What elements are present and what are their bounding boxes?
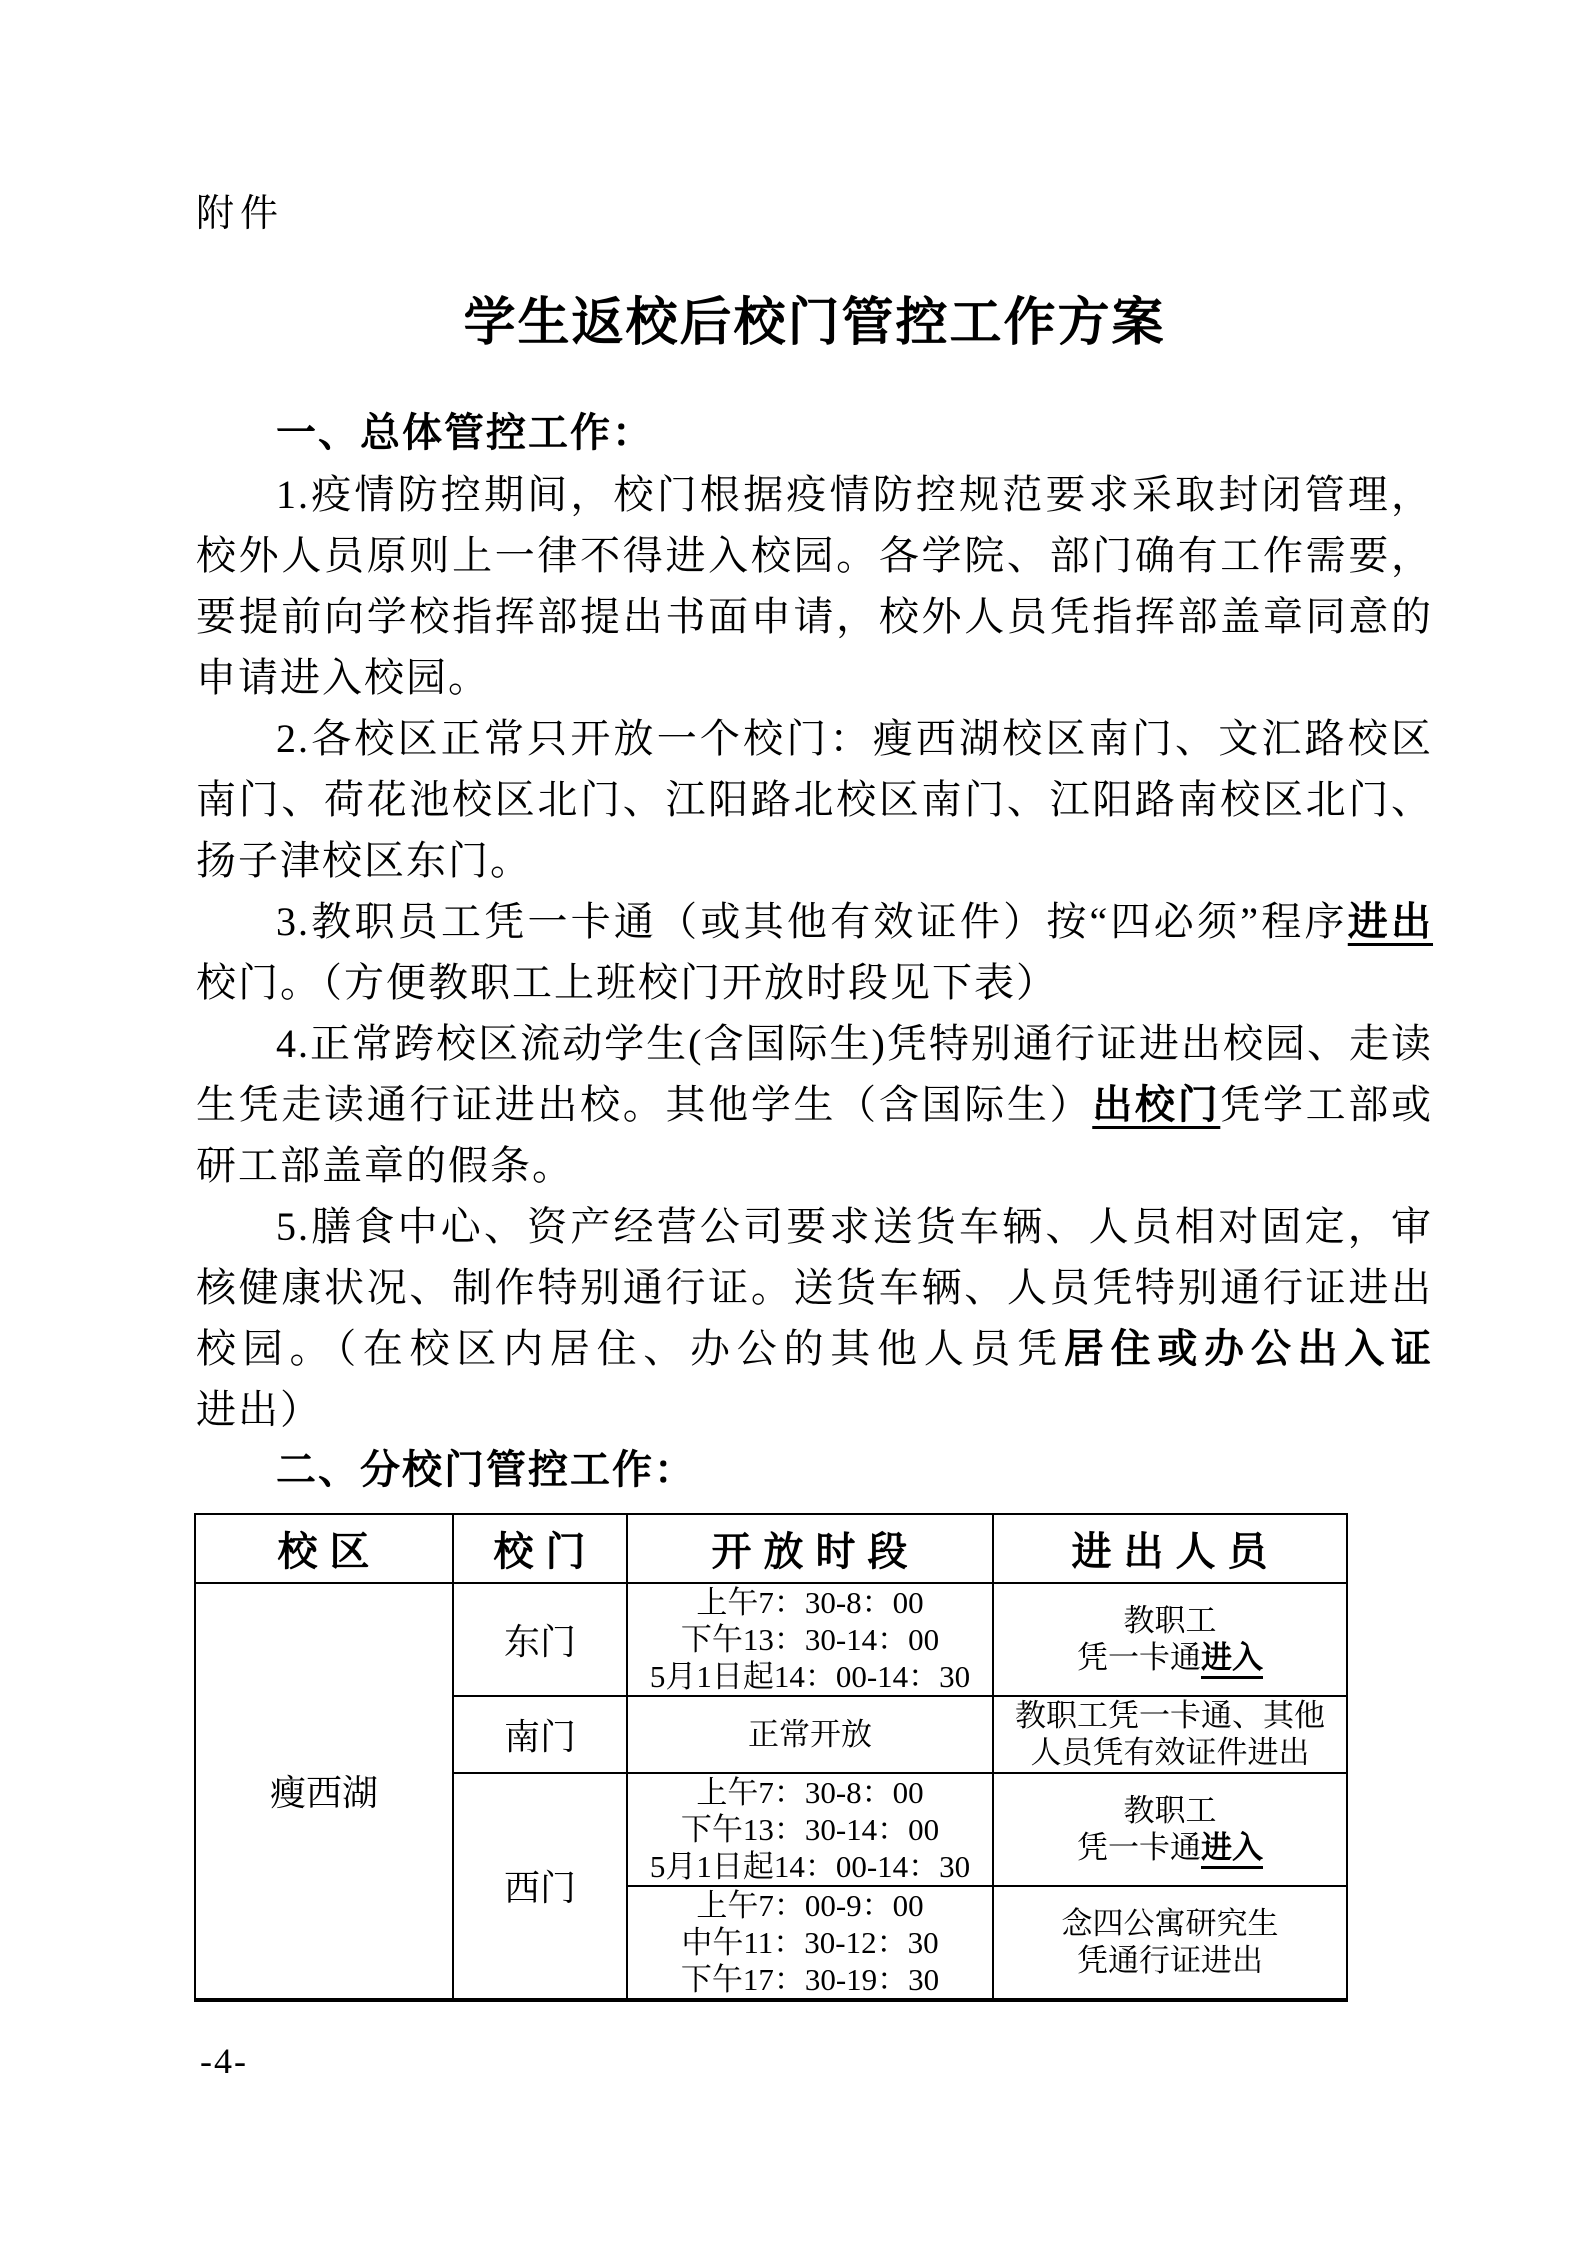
paragraph-5: 5.膳食中心、资产经营公司要求送货车辆、人员相对固定，审核健康状况、制作特别通行…: [196, 1196, 1433, 1440]
persons-east-line2-text: 凭一卡通: [1077, 1640, 1201, 1675]
persons-west1-line2: 凭一卡通进入: [1002, 1829, 1338, 1866]
gate-control-table: 校 区 校 门 开 放 时 段 进 出 人 员 瘦西湖 东门 上午7：30-8：…: [194, 1513, 1348, 2002]
table-row-east-gate: 瘦西湖 东门 上午7：30-8：00 下午13：30-14：00 5月1日起14…: [195, 1583, 1347, 1696]
cell-persons-east: 教职工凭一卡通进入: [993, 1583, 1347, 1696]
header-persons: 进 出 人 员: [993, 1514, 1347, 1583]
persons-west1-line1: 教职工: [1002, 1792, 1338, 1829]
cell-persons-south: 教职工凭一卡通、其他人员凭有效证件进出: [993, 1696, 1347, 1773]
document-title: 学生返校后校门管控工作方案: [196, 280, 1433, 355]
paragraph-1: 1.疫情防控期间，校门根据疫情防控规范要求采取封闭管理，校外人员原则上一律不得进…: [196, 464, 1433, 708]
paragraph-4: 4.正常跨校区流动学生(含国际生)凭特别通行证进出校园、走读生凭走读通行证进出校…: [196, 1013, 1433, 1196]
persons-south-text: 教职工凭一卡通、其他人员凭有效证件进出: [1002, 1697, 1338, 1771]
cell-gate-south: 南门: [453, 1696, 627, 1773]
header-gate: 校 门: [453, 1514, 627, 1583]
persons-west1-line2-text: 凭一卡通: [1077, 1830, 1201, 1865]
paragraph-2: 2.各校区正常只开放一个校门：瘦西湖校区南门、文汇路校区南门、荷花池校区北门、江…: [196, 708, 1433, 891]
header-campus: 校 区: [195, 1514, 453, 1583]
paragraph-3-text: 3.教职员工凭一卡通（或其他有效证件）按“四必须”程序: [276, 899, 1348, 944]
cell-persons-west-slot1: 教职工凭一卡通进入: [993, 1773, 1347, 1886]
document-page: 附件 学生返校后校门管控工作方案 一、总体管控工作： 1.疫情防控期间，校门根据…: [0, 0, 1587, 2245]
cell-hours-east: 上午7：30-8：00 下午13：30-14：00 5月1日起14：00-14：…: [627, 1583, 993, 1696]
cell-gate-west: 西门: [453, 1773, 627, 2000]
page-number: -4-: [200, 2040, 248, 2082]
paragraph-5-bold-phrase: 居住或办公出入证: [1064, 1326, 1433, 1371]
cell-hours-west-slot1: 上午7：30-8：00 下午13：30-14：00 5月1日起14：00-14：…: [627, 1773, 993, 1886]
section2-heading: 二、分校门管控工作：: [196, 1440, 1433, 1501]
cell-campus-shouxihu: 瘦西湖: [195, 1583, 453, 2000]
paragraph-5-text-end: 进出）: [196, 1387, 322, 1432]
attachment-label: 附件: [196, 192, 1433, 238]
persons-east-line2: 凭一卡通进入: [1002, 1639, 1338, 1676]
header-hours: 开 放 时 段: [627, 1514, 993, 1583]
cell-hours-south: 正常开放: [627, 1696, 993, 1773]
section1-heading: 一、总体管控工作：: [196, 403, 1433, 464]
paragraph-4-emphasis: 出校门: [1092, 1082, 1220, 1127]
table-header-row: 校 区 校 门 开 放 时 段 进 出 人 员: [195, 1514, 1347, 1583]
cell-hours-west-slot2: 上午7：00-9：00 中午11：30-12：30 下午17：30-19：30: [627, 1886, 993, 2000]
paragraph-3-text-end: 校门。（方便教职工上班校门开放时段见下表）: [196, 960, 1058, 1005]
paragraph-3: 3.教职员工凭一卡通（或其他有效证件）按“四必须”程序进出校门。（方便教职工上班…: [196, 891, 1433, 1013]
persons-west1-emphasis: 进入: [1201, 1830, 1263, 1865]
paragraph-3-emphasis: 进出: [1348, 899, 1433, 944]
persons-east-emphasis: 进入: [1201, 1640, 1263, 1675]
cell-persons-west-slot2: 念四公寓研究生 凭通行证进出: [993, 1886, 1347, 2000]
persons-east-line1: 教职工: [1002, 1602, 1338, 1639]
cell-gate-east: 东门: [453, 1583, 627, 1696]
